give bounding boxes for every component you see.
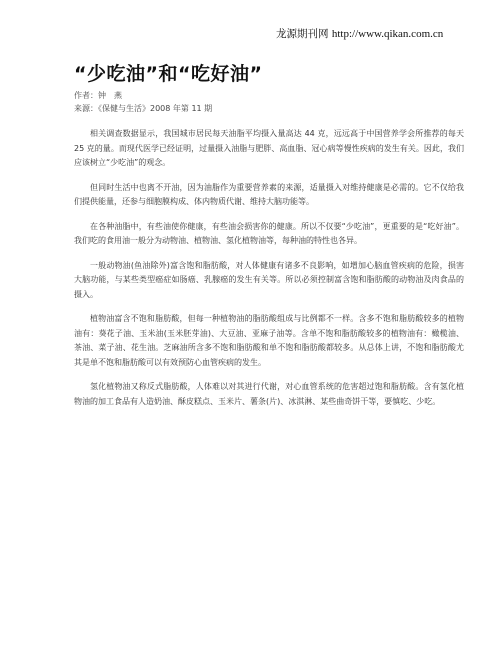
source-name: 《保健与生活》2008 年第 11 期 (98, 104, 212, 113)
author-label: 作者： (74, 91, 98, 100)
article-title: “少吃油”和“吃好油” (74, 59, 262, 86)
site-url[interactable]: http://www.qikan.com.cn (332, 28, 443, 40)
site-header: 龙源期刊网 http://www.qikan.com.cn (276, 26, 443, 41)
article-source: 来源：《保健与生活》2008 年第 11 期 (74, 103, 212, 114)
article-body: 相关调查数据显示，我国城市居民每天油脂平均摄入量高达 44 克，远远高于中国营养… (74, 127, 464, 419)
paragraph-5: 植物油富含不饱和脂肪酸，但每一种植物油的脂肪酸组成与比例都不一样。含多不饱和脂肪… (74, 312, 464, 370)
paragraph-1: 相关调查数据显示，我国城市居民每天油脂平均摄入量高达 44 克，远远高于中国营养… (74, 127, 464, 171)
paragraph-3: 在各种油脂中，有些油使你健康，有些油会损害你的健康。所以不仅要“少吃油”，更重要… (74, 220, 464, 249)
site-name: 龙源期刊网 (276, 28, 329, 40)
paragraph-4: 一般动物油(鱼油除外)富含饱和脂肪酸，对人体健康有诸多不良影响，如增加心脑血管疾… (74, 259, 464, 303)
paragraph-2: 但同时生活中也离不开油，因为油脂作为重要营养素的来源，适量摄入对维持健康是必需的… (74, 181, 464, 210)
article-author: 作者：钟 燕 (74, 90, 122, 101)
paragraph-6: 氢化植物油又称反式脂肪酸，人体难以对其进行代谢，对心血管系统的危害超过饱和脂肪酸… (74, 380, 464, 409)
source-label: 来源： (74, 104, 98, 113)
author-name: 钟 燕 (98, 91, 122, 100)
